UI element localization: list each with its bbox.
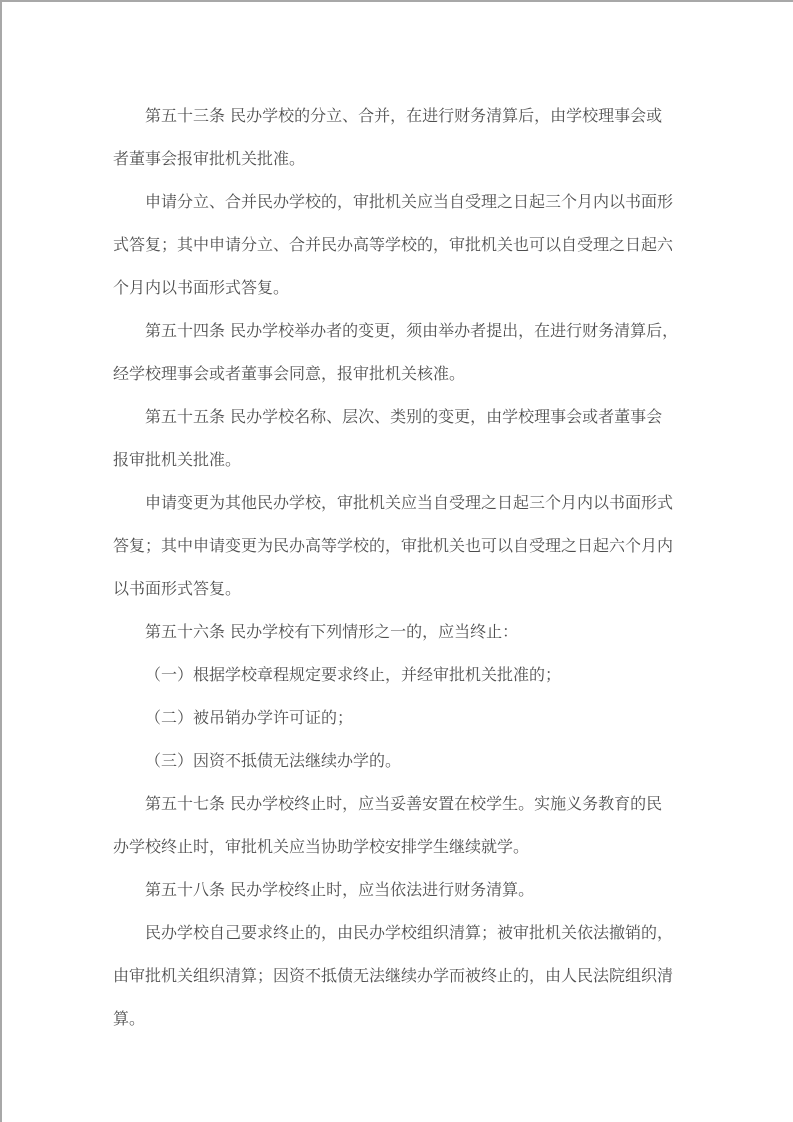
document-page: 第五十三条 民办学校的分立、合并，在进行财务清算后，由学校理事会或 者董事会报审…: [0, 0, 793, 1122]
paragraph-article-58-detail: 民办学校自己要求终止的，由民办学校组织清算；被审批机关依法撤销的， 由审批机关组…: [113, 911, 713, 1040]
paragraph-article-56: 第五十六条 民办学校有下列情形之一的，应当终止：: [113, 610, 713, 653]
paragraph-article-53-detail: 申请分立、合并民办学校的，审批机关应当自受理之日起三个月内以书面形 式答复；其中…: [113, 180, 713, 309]
paragraph-article-56-item-3: （三）因资不抵债无法继续办学的。: [113, 739, 713, 782]
paragraph-article-55-detail: 申请变更为其他民办学校，审批机关应当自受理之日起三个月内以书面形式 答复；其中申…: [113, 481, 713, 610]
paragraph-article-57: 第五十七条 民办学校终止时，应当妥善安置在校学生。实施义务教育的民 办学校终止时…: [113, 782, 713, 868]
paragraph-article-56-item-1: （一）根据学校章程规定要求终止，并经审批机关批准的；: [113, 653, 713, 696]
paragraph-article-58: 第五十八条 民办学校终止时，应当依法进行财务清算。: [113, 868, 713, 911]
paragraph-article-56-item-2: （二）被吊销办学许可证的；: [113, 696, 713, 739]
paragraph-article-55: 第五十五条 民办学校名称、层次、类别的变更，由学校理事会或者董事会 报审批机关批…: [113, 395, 713, 481]
paragraph-article-53: 第五十三条 民办学校的分立、合并，在进行财务清算后，由学校理事会或 者董事会报审…: [113, 94, 713, 180]
paragraph-article-54: 第五十四条 民办学校举办者的变更，须由举办者提出，在进行财务清算后， 经学校理事…: [113, 309, 713, 395]
